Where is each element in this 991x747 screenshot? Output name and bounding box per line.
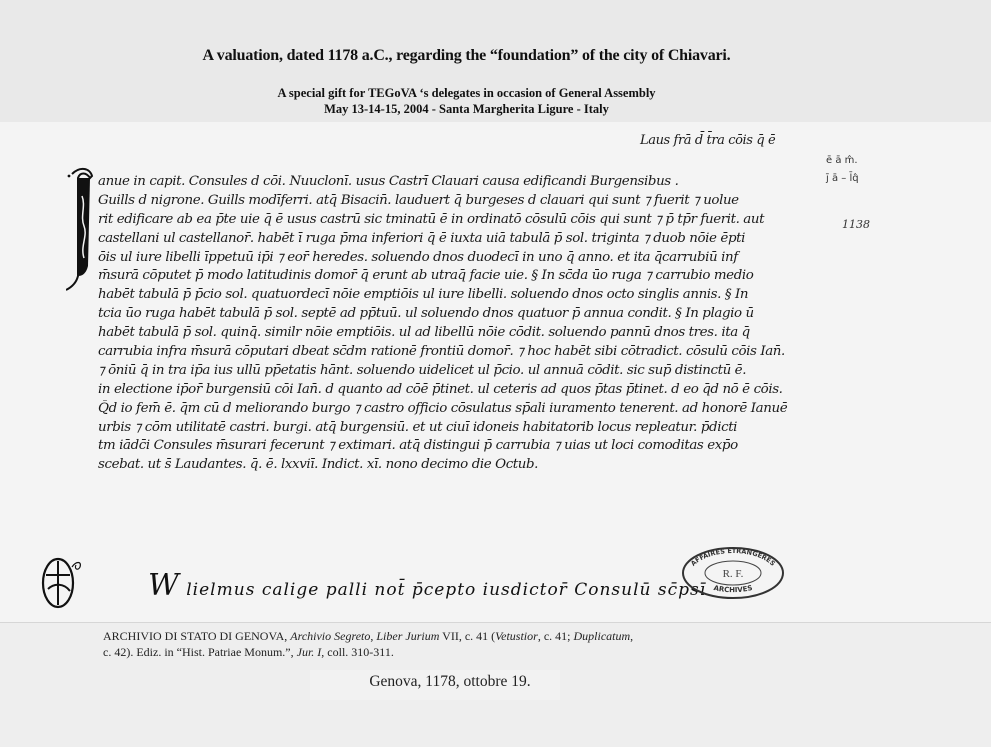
manuscript-line: anue in capit̄. Consules d̄ cōi. Nuuclo… <box>98 173 833 192</box>
notary-signum-icon <box>40 553 80 609</box>
manuscript-line: urbis ⁊ cōm utilitatē castri. burgi. a… <box>98 419 833 438</box>
signature-initial: W <box>148 568 180 603</box>
archive-duplicatum: Duplicatum <box>573 629 630 643</box>
manuscript-text: anue in capit̄. Consules d̄ cōi. Nuuclo… <box>98 173 833 475</box>
archive-volume: VII, c. 41 ( <box>442 629 495 643</box>
archive-stamp-icon: AFFAIRES ÉTRANGÈRES R. F. ARCHIVES <box>680 545 786 599</box>
margin-year-note: 1138 <box>842 218 870 231</box>
edition-columns: , coll. 310-311. <box>321 645 394 659</box>
svg-text:ARCHIVES: ARCHIVES <box>713 584 753 594</box>
manuscript-line: Q̄d io fem̄ ē. q̄m cū d̄ meliorando bu… <box>98 400 833 419</box>
notary-signature: W lielmus calige palli not̄ p̄cepto iusd… <box>148 568 706 603</box>
manuscript-line: habēt tabulā p̄ p̄cio sol̄. quatuordec… <box>98 286 833 305</box>
manuscript-line: t̄m iādc̄i Consules m̄surari fecerunt ⁊… <box>98 437 833 456</box>
edition-ref: c. 42). Ediz. in “Hist. Patriae Monum.”, <box>103 645 294 659</box>
edition-volume: Jur. I <box>297 645 322 659</box>
archive-folio: , c. 41; <box>538 629 571 643</box>
archive-series: Liber Jurium <box>376 629 439 643</box>
manuscript-line: castellani ul̄ castellanor̄. habēt ī r… <box>98 230 833 249</box>
separator: , <box>370 629 373 643</box>
archive-fund: Archivio Segreto <box>290 629 370 643</box>
manuscript-line: carrubia infra m̄surā cōputari d̄beat … <box>98 343 833 362</box>
archive-reference: ARCHIVIO DI STATO DI GENOVA, Archivio Se… <box>103 628 803 660</box>
manuscript-line: rit edificare ab ea p̄te uie q̄ ē usus … <box>98 211 833 230</box>
document-subtitle: A special gift for TEGoVA ‘s delegates i… <box>0 85 933 117</box>
manuscript-line: t̄cia ūo ruga habēt tabulā p̄ sol̄. s… <box>98 305 833 324</box>
margin-notes: ē ā m̂. j̄ ā – l̄q̂ <box>826 152 936 188</box>
manuscript-line: scebat. ut s̄ Laudantes. q̄. ē. lxxviī… <box>98 456 833 475</box>
subtitle-line-2: May 13-14-15, 2004 - Santa Margherita Li… <box>0 101 933 117</box>
margin-note-line-2: j̄ ā – l̄q̂ <box>826 170 936 188</box>
manuscript-line: Guill̄s d̄ nigrone. Guill̄s modīferri. … <box>98 192 833 211</box>
archive-vetustior: Vetustior <box>495 629 538 643</box>
svg-text:AFFAIRES ÉTRANGÈRES: AFFAIRES ÉTRANGÈRES <box>689 546 777 568</box>
separator: , <box>630 629 633 643</box>
manuscript-line: habēt tabulā p̄ sol̄. quinq̄. simil̄r … <box>98 324 833 343</box>
manuscript-line: in electione ip̄or̄ burgensiū cōi Ian̄… <box>98 381 833 400</box>
place-date: Genova, 1178, ottobre 19. <box>300 673 600 691</box>
signature-text: lielmus calige palli not̄ p̄cepto iusdic… <box>186 580 706 600</box>
decorated-initial-icon <box>66 166 94 288</box>
manuscript-line: m̄surā cōputet̄ p̄ modo latitudinis do… <box>98 267 833 286</box>
margin-note-line-1: ē ā m̂. <box>826 152 936 170</box>
manuscript-line: ⁊ ōniū q̄ in t̄ra ip̄a ius ullū pp̄et… <box>98 362 833 381</box>
manuscript-line: ōis ul̄ iure libelli īppetuū ip̄i ⁊ e… <box>98 249 833 268</box>
document-title: A valuation, dated 1178 a.C., regarding … <box>0 47 933 65</box>
stamp-center-text: R. F. <box>723 568 744 580</box>
archive-name: ARCHIVIO DI STATO DI GENOVA, <box>103 629 287 643</box>
manuscript-heading-line: Laus frā d̄ t̄ra cōis q̄ ē <box>640 133 775 148</box>
archive-reference-line-1: ARCHIVIO DI STATO DI GENOVA, Archivio Se… <box>103 628 803 644</box>
subtitle-line-1: A special gift for TEGoVA ‘s delegates i… <box>0 85 933 101</box>
stamp-top-text: AFFAIRES ÉTRANGÈRES <box>689 546 777 568</box>
stamp-bottom-text: ARCHIVES <box>713 584 753 594</box>
archive-reference-line-2: c. 42). Ediz. in “Hist. Patriae Monum.”,… <box>103 644 803 660</box>
